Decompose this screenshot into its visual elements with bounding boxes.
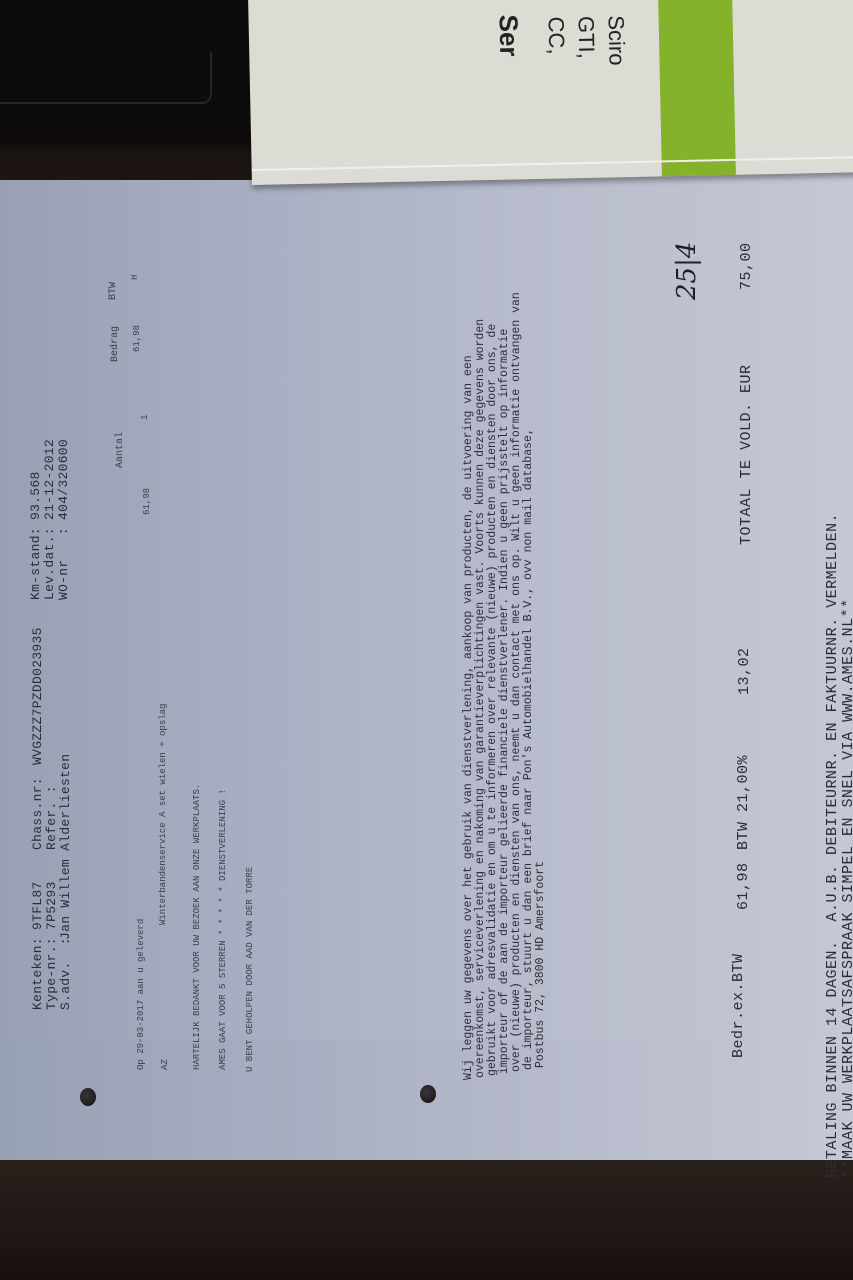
- service-booklet: Ser CC, GTI, Sciro: [248, 0, 853, 185]
- km-label: Km-stand:: [28, 527, 43, 600]
- booklet-line: CC,: [543, 16, 570, 54]
- message-thanks: HARTELIJK BEDANKT VOOR UW BEZOEK AAN ONZ…: [192, 784, 202, 1070]
- punch-hole: [420, 1085, 436, 1103]
- booklet-title: Ser: [492, 14, 524, 57]
- leather-folder: [0, 0, 270, 140]
- column-aantal: Aantal: [115, 432, 126, 468]
- line-item-amount: 61,98: [132, 325, 142, 352]
- levdat-label: Lev.dat.:: [42, 527, 57, 600]
- kenteken-value: 9TFL87: [30, 881, 45, 930]
- footer-payment-terms: BETALING BINNEN 14 DAGEN. A.U.B. DEBITEU…: [824, 513, 841, 1178]
- total-value: 75,00: [738, 242, 755, 290]
- wonr-label: WO-nr :: [56, 527, 71, 600]
- line-item-vat-code: H: [130, 275, 140, 280]
- vat-label: BTW 21,00%: [735, 755, 752, 850]
- sadv-label: S.adv. :: [58, 937, 73, 1010]
- levdat-value: 21-12-2012: [42, 439, 57, 520]
- line-item-description: Winterbandenservice A set wielen + opsla…: [158, 704, 168, 925]
- line-item-quantity: 1: [140, 415, 150, 420]
- privacy-line: Postbus 72, 3800 HD Amersfoort: [534, 861, 547, 1068]
- excl-vat-label: Bedr.ex.BTW: [730, 953, 747, 1058]
- message-stars: AMES GAAT VOOR 5 STERREN * * * * * DIENS…: [218, 789, 228, 1070]
- punch-hole: [80, 1088, 96, 1106]
- total-label: TOTAAL TE VOLD. EUR: [738, 364, 755, 545]
- booklet-edge: [252, 156, 853, 171]
- message-helped-by: U BENT GEHOLPEN DOOR AAD VAN DER TORRE: [245, 867, 255, 1072]
- column-bedrag: Bedrag: [110, 326, 121, 362]
- km-value: 93.568: [28, 471, 43, 520]
- wonr-value: 404/320600: [56, 439, 71, 520]
- refer-label: Refer. :: [44, 785, 59, 850]
- booklet-green-stripe: [658, 0, 736, 176]
- type-label: Type-nr.:: [44, 937, 59, 1010]
- line-item-intro: Op 29-03-2017 aan u geleverd: [136, 919, 146, 1070]
- kenteken-label: Kenteken:: [30, 937, 45, 1010]
- excl-vat-value: 61,98: [735, 862, 752, 910]
- handwritten-note: 25|4: [672, 242, 702, 300]
- sadv-value: Jan Willem Alderliesten: [58, 754, 73, 940]
- type-value: 7P5293: [44, 881, 59, 930]
- booklet-line: GTI,: [573, 16, 600, 59]
- booklet-line: Sciro: [603, 15, 630, 66]
- footer-appointment: **MAAK UW WERKPLAATSAFSPRAAK SIMPEL EN S…: [840, 598, 853, 1178]
- chassis-value: WVGZZZ7PZDD023935: [30, 627, 45, 765]
- line-item-unit-price: 61,98: [142, 488, 152, 515]
- line-item-code: AZ: [160, 1059, 170, 1070]
- vat-value: 13,02: [736, 647, 753, 695]
- folder-seam: [0, 52, 212, 104]
- floor-background: [0, 1160, 853, 1280]
- column-btw: BTW: [108, 282, 119, 300]
- chassis-label: Chass.nr:: [30, 777, 45, 850]
